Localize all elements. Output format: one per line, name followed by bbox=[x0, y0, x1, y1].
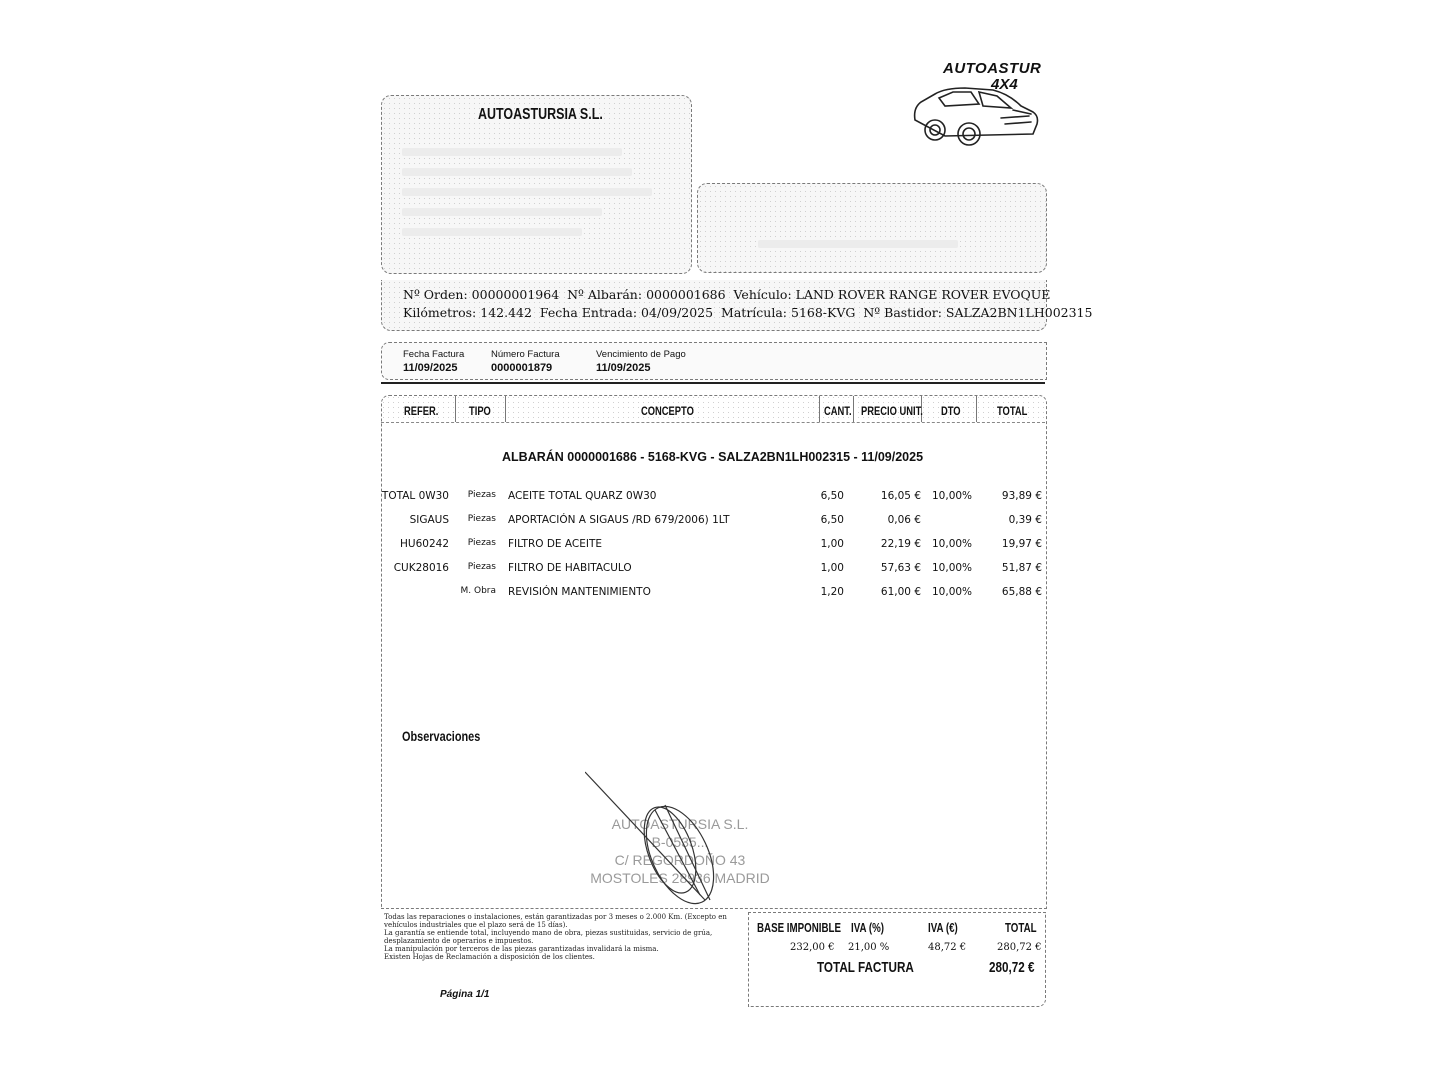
table-row: SIGAUSPiezasAPORTACIÓN A SIGAUS /RD 679/… bbox=[381, 511, 1045, 531]
cell-tipo: M. Obra bbox=[461, 586, 497, 596]
cell-dto: 10,00% bbox=[932, 586, 972, 598]
page-number: Página 1/1 bbox=[440, 989, 489, 1000]
numero-factura-value: 0000001879 bbox=[491, 362, 552, 374]
albaran-summary-line: ALBARÁN 0000001686 - 5168-KVG - SALZA2BN… bbox=[502, 450, 923, 464]
header-dto: DTO bbox=[941, 404, 961, 418]
vehicle-info-line2: Kilómetros: 142.442 Fecha Entrada: 04/09… bbox=[403, 305, 1092, 320]
cell-dto: 10,00% bbox=[932, 562, 972, 574]
observaciones-label: Observaciones bbox=[402, 728, 480, 744]
cell-cant: 1,00 bbox=[821, 562, 844, 574]
invoice-meta-box bbox=[381, 342, 1047, 380]
cell-concepto: REVISIÓN MANTENIMIENTO bbox=[508, 586, 651, 598]
total-label: TOTAL bbox=[1005, 921, 1037, 935]
cell-tipo: Piezas bbox=[468, 562, 496, 572]
cell-cant: 1,00 bbox=[821, 538, 844, 550]
cell-concepto: FILTRO DE HABITACULO bbox=[508, 562, 632, 574]
cell-total: 93,89 € bbox=[1002, 490, 1042, 502]
client-info-box bbox=[697, 183, 1047, 273]
cell-precio: 16,05 € bbox=[881, 490, 921, 502]
header-tipo: TIPO bbox=[469, 404, 491, 418]
cell-ref: SIGAUS bbox=[410, 514, 449, 526]
cell-tipo: Piezas bbox=[468, 514, 496, 524]
fecha-factura-label: Fecha Factura bbox=[403, 349, 464, 360]
header-precio: PRECIO UNIT. bbox=[861, 404, 923, 418]
iva-pct-value: 21,00 % bbox=[848, 942, 889, 953]
iva-pct-label: IVA (%) bbox=[851, 921, 884, 935]
fecha-factura-value: 11/09/2025 bbox=[403, 362, 457, 374]
matricula-value: 5168-KVG bbox=[791, 305, 855, 320]
vencimiento-label: Vencimiento de Pago bbox=[596, 349, 686, 360]
base-imponible-label: BASE IMPONIBLE bbox=[757, 921, 841, 935]
orden-value: 00000001964 bbox=[472, 287, 559, 302]
header-total: TOTAL bbox=[997, 404, 1027, 418]
km-label: Kilómetros: bbox=[403, 305, 476, 320]
table-row: TOTAL 0W30PiezasACEITE TOTAL QUARZ 0W306… bbox=[381, 487, 1045, 507]
cell-precio: 22,19 € bbox=[881, 538, 921, 550]
cell-cant: 1,20 bbox=[821, 586, 844, 598]
cell-tipo: Piezas bbox=[468, 538, 496, 548]
cell-cant: 6,50 bbox=[821, 514, 844, 526]
fecha-entrada-label: Fecha Entrada: bbox=[540, 305, 637, 320]
cell-precio: 61,00 € bbox=[881, 586, 921, 598]
header-concepto: CONCEPTO bbox=[641, 404, 694, 418]
cell-cant: 6,50 bbox=[821, 490, 844, 502]
cell-concepto: FILTRO DE ACEITE bbox=[508, 538, 602, 550]
signature-scribble bbox=[585, 770, 755, 910]
cell-dto: 10,00% bbox=[932, 538, 972, 550]
fecha-entrada-value: 04/09/2025 bbox=[641, 305, 713, 320]
matricula-label: Matrícula: bbox=[721, 305, 787, 320]
bastidor-label: Nº Bastidor: bbox=[863, 305, 942, 320]
cell-dto: 10,00% bbox=[932, 490, 972, 502]
iva-eur-value: 48,72 € bbox=[928, 942, 966, 953]
vehiculo-label: Vehículo: bbox=[734, 287, 792, 302]
base-imponible-value: 232,00 € bbox=[790, 942, 835, 953]
total-factura-value: 280,72 € bbox=[989, 959, 1035, 976]
divider bbox=[381, 382, 1045, 384]
cell-concepto: ACEITE TOTAL QUARZ 0W30 bbox=[508, 490, 656, 502]
cell-total: 51,87 € bbox=[1002, 562, 1042, 574]
albaran-label: Nº Albarán: bbox=[567, 287, 642, 302]
table-row: CUK28016PiezasFILTRO DE HABITACULO1,0057… bbox=[381, 559, 1045, 579]
legal-warranty-text: Todas las reparaciones o instalaciones, … bbox=[384, 913, 746, 961]
km-value: 142.442 bbox=[480, 305, 532, 320]
cell-ref: HU60242 bbox=[400, 538, 449, 550]
cell-ref: CUK28016 bbox=[394, 562, 449, 574]
bastidor-value: SALZA2BN1LH002315 bbox=[946, 305, 1093, 320]
header-refer: REFER. bbox=[404, 404, 438, 418]
cell-total: 19,97 € bbox=[1002, 538, 1042, 550]
company-name: AUTOASTURSIA S.L. bbox=[478, 106, 603, 124]
cell-ref: TOTAL 0W30 bbox=[382, 490, 449, 502]
vehiculo-value: LAND ROVER RANGE ROVER EVOQUE bbox=[796, 287, 1051, 302]
cell-total: 0,39 € bbox=[1009, 514, 1042, 526]
numero-factura-label: Número Factura bbox=[491, 349, 560, 360]
cell-precio: 0,06 € bbox=[888, 514, 921, 526]
vehicle-info-line1: Nº Orden: 00000001964 Nº Albarán: 000000… bbox=[403, 287, 1050, 302]
vencimiento-value: 11/09/2025 bbox=[596, 362, 650, 374]
cell-tipo: Piezas bbox=[468, 490, 496, 500]
cell-precio: 57,63 € bbox=[881, 562, 921, 574]
suv-car-icon bbox=[905, 58, 1045, 148]
total-value: 280,72 € bbox=[997, 942, 1042, 953]
albaran-value: 0000001686 bbox=[646, 287, 726, 302]
cell-total: 65,88 € bbox=[1002, 586, 1042, 598]
iva-eur-label: IVA (€) bbox=[928, 921, 958, 935]
table-row: M. ObraREVISIÓN MANTENIMIENTO1,2061,00 €… bbox=[381, 583, 1045, 603]
header-cant: CANT. bbox=[824, 404, 852, 418]
orden-label: Nº Orden: bbox=[403, 287, 468, 302]
table-row: HU60242PiezasFILTRO DE ACEITE1,0022,19 €… bbox=[381, 535, 1045, 555]
total-factura-label: TOTAL FACTURA bbox=[817, 959, 914, 976]
cell-concepto: APORTACIÓN A SIGAUS /RD 679/2006) 1LT bbox=[508, 514, 730, 526]
autoastur-logo: AUTOASTUR 4X4 bbox=[905, 58, 1045, 148]
